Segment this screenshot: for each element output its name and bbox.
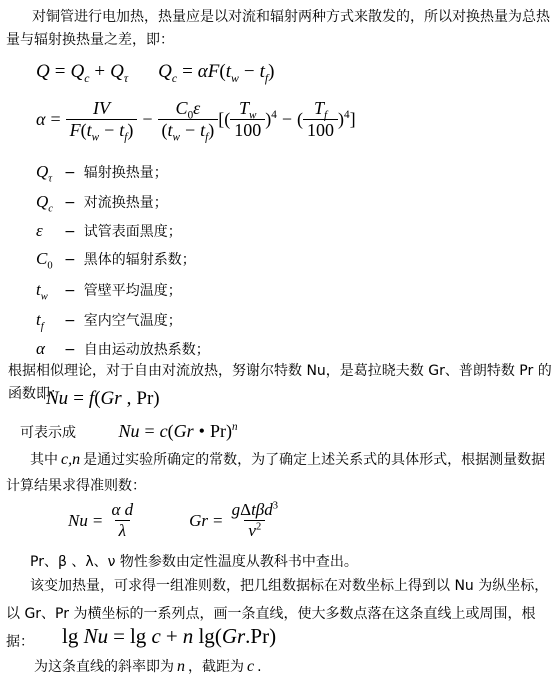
fraction-numerator: gΔtβd3 — [228, 500, 282, 520]
definition-dash: − — [64, 339, 76, 362]
alpha-mid: )4−( — [265, 108, 303, 131]
definition-row: α − 自由运动放热系数； — [36, 337, 210, 362]
definition-row: ε − 试管表面黑度； — [36, 219, 182, 244]
alpha-lead: α= — [36, 108, 66, 131]
fraction-denominator: F(tw−tf) — [66, 119, 138, 141]
definition-dash: − — [64, 162, 76, 185]
fraction-numerator: Tw — [235, 98, 260, 119]
formula-nu-function: Nu=f(Gr,Pr) — [46, 387, 160, 410]
fraction-numerator: Tf — [310, 98, 331, 119]
definition-text: 自由运动放热系数； — [84, 339, 210, 362]
fraction-denominator: λ — [115, 520, 130, 541]
definition-symbol: Qc — [36, 190, 62, 213]
definition-text: 辐射换热量； — [84, 162, 168, 185]
fraction-tf: Tf 100 — [303, 98, 338, 141]
fraction-c0e: C0ε (tw−tf) — [158, 98, 219, 141]
alpha-tail: )4] — [338, 108, 356, 131]
definition-text: 对流换热量； — [84, 192, 168, 215]
fraction-tw: Tw 100 — [230, 98, 265, 141]
fraction-iv: IV F(tw−tf) — [66, 98, 138, 141]
slope-n-variable: n — [174, 658, 188, 675]
definition-symbol: Qτ — [36, 160, 62, 183]
fraction-numerator: α d — [107, 500, 137, 520]
slope-c-variable: c — [244, 658, 257, 675]
definition-row: tf − 室内空气温度； — [36, 308, 182, 333]
formula-criteria: Nu= α d λ Gr= gΔtβd3 ν2 — [68, 500, 282, 541]
definition-row: Qτ − 辐射换热量； — [36, 160, 168, 185]
definition-text: 黑体的辐射系数； — [84, 249, 196, 272]
fraction-denominator: 100 — [230, 119, 265, 141]
paragraph-intro: 对铜管进行电加热，热量应是以对流和辐射两种方式来散发的，所以对换热量为总热量与辐… — [6, 6, 550, 52]
constants-pre: 其中 — [30, 452, 58, 468]
formula-alpha: α= IV F(tw−tf) − C0ε (tw−tf) [( Tw 100 )… — [36, 98, 356, 141]
definition-row: Qc − 对流换热量； — [36, 190, 168, 215]
slope-end: . — [257, 659, 261, 675]
formula-nu-power: Nu=c(Gr•Pr)n — [118, 421, 237, 441]
document-page: 对铜管进行电加热，热量应是以对流和辐射两种方式来散发的，所以对换热量为总热量与辐… — [0, 0, 556, 681]
definition-dash: − — [64, 310, 76, 333]
paragraph-constants: 其中c,n是通过实验所确定的常数，为了确定上述关系式的具体形式，根据测量数据计算… — [6, 447, 550, 499]
fraction-nu: α d λ — [107, 500, 137, 541]
fraction-gr: gΔtβd3 ν2 — [228, 500, 282, 541]
definition-symbol: ε — [36, 219, 62, 242]
constants-cn-variables: c,n — [58, 451, 83, 468]
gr-def-lead: Gr= — [189, 509, 228, 532]
paragraph-can-express: 可表示成 Nu=c(Gr•Pr)n — [20, 420, 238, 445]
definition-symbol: tf — [36, 308, 62, 331]
formula-heat-balance: Q=Qc+Qτ Qc=αF(tw−tf) — [36, 60, 274, 83]
slope-mid: ，截距为 — [188, 659, 244, 675]
can-express-label: 可表示成 — [20, 425, 76, 441]
paragraph-properties: Pr、β 、λ、ν 物性参数由定性温度从教科书中查出。 — [30, 551, 556, 574]
constants-post: 是通过实验所确定的常数，为了确定上述关系式的具体形式，根据测量数据计算结果求得准… — [6, 452, 545, 494]
fraction-denominator: ν2 — [244, 520, 265, 541]
definition-dash: − — [64, 192, 76, 215]
definition-symbol: α — [36, 337, 62, 360]
definition-text: 管壁平均温度； — [84, 280, 182, 303]
definition-dash: − — [64, 249, 76, 272]
slope-pre: 为这条直线的斜率即为 — [34, 659, 174, 675]
formula-heat-sum: Q=Qc+Qτ — [36, 60, 128, 83]
definition-text: 室内空气温度； — [84, 310, 182, 333]
fraction-denominator: 100 — [303, 119, 338, 141]
nu-def-lead: Nu= — [68, 509, 107, 532]
definition-text: 试管表面黑度； — [84, 221, 182, 244]
definition-symbol: C0 — [36, 247, 62, 270]
fraction-numerator: IV — [89, 98, 114, 119]
fraction-denominator: (tw−tf) — [158, 119, 219, 141]
formula-log-relation: lg Nu=lg c+n lg(Gr.Pr) — [62, 625, 276, 648]
fraction-numerator: C0ε — [172, 98, 205, 119]
definition-row: tw − 管壁平均温度； — [36, 278, 182, 303]
alpha-minus: − — [137, 108, 157, 131]
definition-dash: − — [64, 280, 76, 303]
definition-dash: − — [64, 221, 76, 244]
definition-row: C0 − 黑体的辐射系数； — [36, 247, 196, 272]
alpha-open-bracket: [( — [218, 108, 230, 131]
definition-symbol: tw — [36, 278, 62, 301]
formula-convection-def: Qc=αF(tw−tf) — [158, 60, 274, 83]
paragraph-slope: 为这条直线的斜率即为n，截距为c. — [34, 655, 262, 679]
